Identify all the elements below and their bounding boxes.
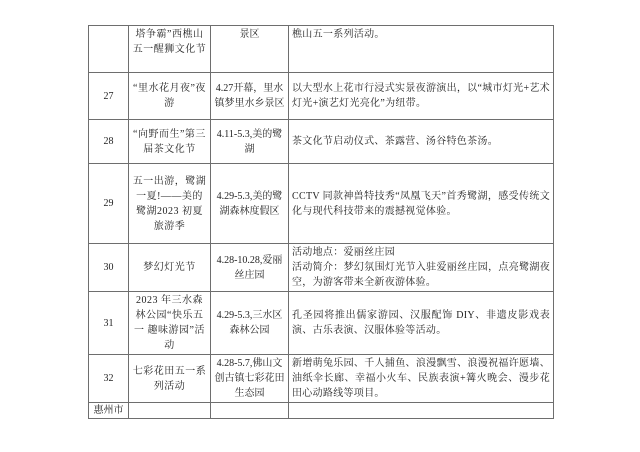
cell-date-venue <box>211 403 289 419</box>
cell-date-venue: 4.11-5.3,美的鹭湖 <box>211 120 289 164</box>
table-row: 312023 年三水森林公园“快乐五一 趣味游园”活动4.29-5.3,三水区森… <box>89 292 554 355</box>
cell-description: 以大型水上花市行浸式实景夜游演出，以“城市灯光+艺术灯光+演艺灯光亮化”为纽带。 <box>289 73 554 120</box>
table-row: 32七彩花田五一系列活动4.28-5.7,佛山文创古镇七彩花田生态园新增萌兔乐园… <box>89 355 554 403</box>
cell-description <box>289 403 554 419</box>
cell-description: CCTV 同款神兽特技秀“凤凰飞天”首秀鹭湖，感受传统文化与现代科技带来的震撼视… <box>289 164 554 244</box>
table-row: 惠州市 <box>89 403 554 419</box>
table-row: 29五一出游，鹭湖一夏!——美的鹭湖2023 初夏旅游季4.29-5.3,美的鹭… <box>89 164 554 244</box>
activities-table-body: 塔争霸”西樵山五一醒狮文化节景区樵山五一系列活动。27“里水花月夜”夜游4.27… <box>89 26 554 419</box>
cell-description: 樵山五一系列活动。 <box>289 26 554 73</box>
cell-date-venue: 4.27开幕，里水镇梦里水乡景区 <box>211 73 289 120</box>
cell-number: 30 <box>89 244 129 292</box>
cell-number: 惠州市 <box>89 403 129 419</box>
table-row: 27“里水花月夜”夜游4.27开幕，里水镇梦里水乡景区以大型水上花市行浸式实景夜… <box>89 73 554 120</box>
cell-number <box>89 26 129 73</box>
document-page: 塔争霸”西樵山五一醒狮文化节景区樵山五一系列活动。27“里水花月夜”夜游4.27… <box>0 0 640 452</box>
cell-description: 活动地点：爱丽丝庄园 活动简介：梦幻氛围灯光节入驻爱丽丝庄园，点亮鹭湖夜空，为游… <box>289 244 554 292</box>
cell-activity-name: 2023 年三水森林公园“快乐五一 趣味游园”活动 <box>129 292 211 355</box>
cell-activity-name: “向野而生”第三届茶文化节 <box>129 120 211 164</box>
cell-activity-name <box>129 403 211 419</box>
table-row: 30梦幻灯光节4.28-10.28,爱丽丝庄园活动地点：爱丽丝庄园 活动简介：梦… <box>89 244 554 292</box>
cell-number: 29 <box>89 164 129 244</box>
cell-activity-name: “里水花月夜”夜游 <box>129 73 211 120</box>
cell-number: 31 <box>89 292 129 355</box>
table-row: 28“向野而生”第三届茶文化节4.11-5.3,美的鹭湖茶文化节启动仪式、茶露营… <box>89 120 554 164</box>
cell-date-venue: 4.29-5.3,美的鹭湖森林度假区 <box>211 164 289 244</box>
cell-activity-name: 五一出游，鹭湖一夏!——美的鹭湖2023 初夏旅游季 <box>129 164 211 244</box>
cell-date-venue: 4.29-5.3,三水区森林公园 <box>211 292 289 355</box>
cell-activity-name: 塔争霸”西樵山五一醒狮文化节 <box>129 26 211 73</box>
cell-date-venue: 4.28-10.28,爱丽丝庄园 <box>211 244 289 292</box>
cell-description: 新增萌兔乐园、千人捕鱼、浪漫飘雪、浪漫祝福许愿墙、油纸伞长廊、幸福小火车、民族表… <box>289 355 554 403</box>
cell-description: 孔圣园将推出儒家游园、汉服配饰 DIY、非遗皮影戏表演、古乐表演、汉服体验等活动… <box>289 292 554 355</box>
cell-description: 茶文化节启动仪式、茶露营、汤谷特色茶汤。 <box>289 120 554 164</box>
table-row: 塔争霸”西樵山五一醒狮文化节景区樵山五一系列活动。 <box>89 26 554 73</box>
cell-number: 28 <box>89 120 129 164</box>
cell-activity-name: 梦幻灯光节 <box>129 244 211 292</box>
activities-table: 塔争霸”西樵山五一醒狮文化节景区樵山五一系列活动。27“里水花月夜”夜游4.27… <box>88 25 554 419</box>
cell-number: 27 <box>89 73 129 120</box>
cell-date-venue: 4.28-5.7,佛山文创古镇七彩花田生态园 <box>211 355 289 403</box>
cell-activity-name: 七彩花田五一系列活动 <box>129 355 211 403</box>
cell-date-venue: 景区 <box>211 26 289 73</box>
cell-number: 32 <box>89 355 129 403</box>
